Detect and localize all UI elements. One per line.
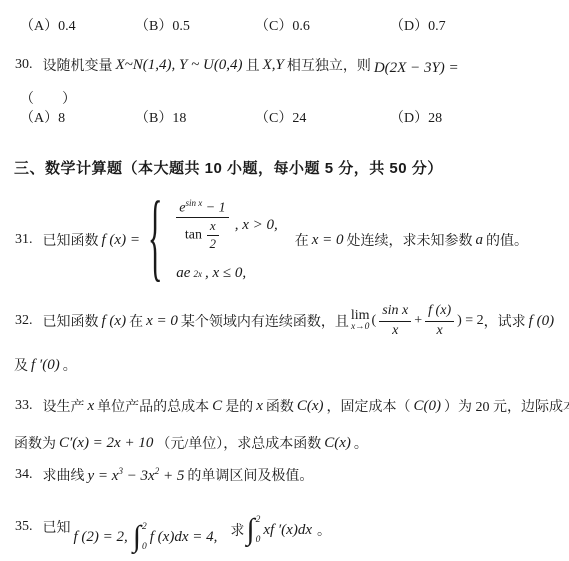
tan-function: tan xyxy=(185,228,202,243)
open-paren: ( xyxy=(372,313,377,329)
stem-text: 及 xyxy=(14,355,28,375)
stem-text: 已知 xyxy=(43,517,71,537)
question-number: 31. xyxy=(15,232,33,248)
math-f2-equals-2: f (2) = 2, xyxy=(74,529,128,546)
math-curve-equation: y = x3 − 3x2 + 5 xyxy=(88,466,185,485)
math-Cx: C(x) xyxy=(297,398,324,415)
integral-bounds: 2 0 xyxy=(142,522,147,552)
question-33-stem: 33. 设生产 x 单位产品的总成本 C 是的 x 函数 C(x) ，固定成本（… xyxy=(15,396,569,416)
stem-text: 求 xyxy=(230,520,244,540)
option-a: （A）8 xyxy=(20,107,135,127)
fraction-bar xyxy=(425,321,454,322)
question-32-stem: 32. 已知函数 f (x) 在 x = 0 某个领域内有连续函数，且 lim … xyxy=(15,298,557,344)
plus-sign: + xyxy=(414,313,422,329)
lim-label: lim xyxy=(351,309,370,323)
stem-text: 相互独立，则 xyxy=(287,55,371,75)
stem-text: ）为 20 元，边际成本 xyxy=(444,396,569,416)
piecewise-brace: { xyxy=(148,191,163,290)
math-fx: f (x) xyxy=(102,313,127,330)
math-C0: C(0) xyxy=(414,398,442,415)
stem-text: 且 xyxy=(246,55,260,75)
math-marginal-cost: C′(x) = 2x + 10 xyxy=(59,435,153,452)
stem-text: （元/单位），求总成本函数 xyxy=(156,433,321,453)
math-fx-equals: f (x) = xyxy=(102,232,140,249)
math-variables: X,Y xyxy=(263,57,284,74)
question-number: 30. xyxy=(15,57,33,73)
lower-bound: 0 xyxy=(142,542,147,552)
fraction-denominator: x xyxy=(389,323,401,339)
option-b: （B）18 xyxy=(135,107,255,127)
answer-blank-parens: （ ） xyxy=(20,88,76,108)
math-C: C xyxy=(212,398,222,415)
exponent-sinx: sin x xyxy=(185,198,202,208)
fraction-numerator: esin x − 1 xyxy=(176,198,228,217)
piecewise-case-2: ae2x, x ≤ 0, xyxy=(173,265,280,282)
stem-text: 的值。 xyxy=(486,230,528,250)
stem-text: 已知函数 xyxy=(43,311,99,331)
stem-text: 在 xyxy=(129,311,143,331)
math-f-prime-0: f ′(0) xyxy=(31,357,60,374)
lim-subscript: x→0 xyxy=(351,323,369,333)
question-30-stem: 30. 设随机变量 X~N(1,4), Y ~ U(0,4) 且 X,Y 相互独… xyxy=(15,55,462,75)
math-minus-one: − 1 xyxy=(202,200,225,215)
integral-f: ∫ 2 0 f (x)dx = 4, xyxy=(133,521,221,553)
stem-text: 设随机变量 xyxy=(43,55,113,75)
question-number: 35. xyxy=(15,519,33,535)
question-34-stem: 34. 求曲线 y = x3 − 3x2 + 5 的单调区间及极值。 xyxy=(15,465,313,485)
fraction-sinx-over-x: sin x x xyxy=(379,303,411,338)
mini-numerator: x xyxy=(207,219,219,234)
question-number: 34. xyxy=(15,467,33,483)
exam-document-page: （A）0.4 （B）0.5 （C）0.6 （D）0.7 30. 设随机变量 X~… xyxy=(0,0,569,561)
fraction-bar xyxy=(379,321,411,322)
option-c: （C）0.6 xyxy=(255,15,390,35)
upper-bound: 2 xyxy=(256,515,261,525)
math-ae: ae xyxy=(176,265,190,282)
main-fraction: esin x − 1 tan x 2 xyxy=(176,198,228,253)
fraction-denominator: tan x 2 xyxy=(182,219,223,252)
mini-fraction-x-over-2: x 2 xyxy=(207,219,220,252)
stem-text: 。 xyxy=(354,433,368,453)
limit-operator: lim x→0 xyxy=(351,309,370,333)
question-31-stem: 31. 已知函数 f (x) = { esin x − 1 tan x 2 xyxy=(15,184,528,296)
case-1-condition: , x > 0, xyxy=(235,217,278,234)
math-parameter-a: a xyxy=(476,232,484,249)
stem-text: ，固定成本（ xyxy=(327,396,411,416)
option-a: （A）0.4 xyxy=(20,15,135,35)
integrand: xf ′(x)dx xyxy=(263,522,312,539)
upper-bound: 2 xyxy=(142,522,147,532)
lower-bound: 0 xyxy=(256,535,261,545)
math-part: − 3x xyxy=(123,468,155,484)
integrand: f (x)dx = 4, xyxy=(150,529,218,546)
exponent-2x: 2x xyxy=(193,269,202,279)
math-x-equals-0: x = 0 xyxy=(146,313,178,330)
stem-text: 处连续，求未知参数 xyxy=(347,230,473,250)
piecewise-case-1: esin x − 1 tan x 2 , x > 0, xyxy=(173,198,280,253)
stem-text: 。 xyxy=(317,520,331,540)
fraction-fx-over-x: f (x) x xyxy=(425,303,454,338)
question-35-stem: 35. 已知 f (2) = 2, ∫ 2 0 f (x)dx = 4, 求 ∫… xyxy=(15,508,331,552)
math-x-equals-0: x = 0 xyxy=(312,232,344,249)
stem-text: 设生产 xyxy=(43,396,85,416)
stem-text: 求曲线 xyxy=(43,465,85,485)
stem-text: 。 xyxy=(63,355,77,375)
math-f0: f (0) xyxy=(529,313,554,330)
stem-text: 的单调区间及极值。 xyxy=(187,465,313,485)
stem-text: 是的 xyxy=(225,396,253,416)
fraction-numerator: sin x xyxy=(379,303,411,319)
option-c: （C）24 xyxy=(255,107,390,127)
integral-sign: ∫ xyxy=(133,521,141,553)
stem-text: 单位产品的总成本 xyxy=(97,396,209,416)
stem-text: 函数为 xyxy=(14,433,56,453)
question-number: 32. xyxy=(15,313,33,329)
stem-text: 某个领域内有连续函数，且 xyxy=(181,311,349,331)
option-d: （D）28 xyxy=(390,107,442,127)
stem-text: ，试求 xyxy=(484,311,526,331)
options-row-question-30: （A）8 （B）18 （C）24 （D）28 xyxy=(20,107,442,127)
question-number: 33. xyxy=(15,398,33,414)
fraction-numerator: f (x) xyxy=(425,303,454,319)
stem-text: 已知函数 xyxy=(43,230,99,250)
stem-text: 在 xyxy=(295,230,309,250)
close-paren-equals-2: ) = 2 xyxy=(457,313,484,329)
fraction-denominator: x xyxy=(434,323,446,339)
mini-denominator: 2 xyxy=(207,237,220,252)
piecewise-cases: esin x − 1 tan x 2 , x > 0, ae2x, x xyxy=(173,198,280,283)
option-b: （B）0.5 xyxy=(135,15,255,35)
math-variance-expression: D(2X − 3Y) = xyxy=(374,60,459,77)
case-2-condition: , x ≤ 0, xyxy=(205,265,246,282)
stem-text: 函数 xyxy=(266,396,294,416)
integral-bounds: 2 0 xyxy=(256,515,261,545)
math-part: y = x xyxy=(88,468,119,484)
integral-xfprime: ∫ 2 0 xf ′(x)dx xyxy=(246,514,315,546)
math-x: x xyxy=(88,398,95,415)
question-32-continuation: 及 f ′(0) 。 xyxy=(14,355,77,375)
math-Cx: C(x) xyxy=(324,435,351,452)
integral-sign: ∫ xyxy=(246,514,254,546)
math-distributions: X~N(1,4), Y ~ U(0,4) xyxy=(116,57,243,74)
fraction-bar xyxy=(176,217,228,218)
options-row-prev-question: （A）0.4 （B）0.5 （C）0.6 （D）0.7 xyxy=(20,15,446,35)
option-d: （D）0.7 xyxy=(390,15,446,35)
section-heading: 三、数学计算题（本大题共 10 小题，每小题 5 分，共 50 分） xyxy=(14,157,443,178)
math-part: + 5 xyxy=(159,468,184,484)
math-x: x xyxy=(256,398,263,415)
question-33-continuation: 函数为 C′(x) = 2x + 10 （元/单位），求总成本函数 C(x) 。 xyxy=(14,433,368,453)
